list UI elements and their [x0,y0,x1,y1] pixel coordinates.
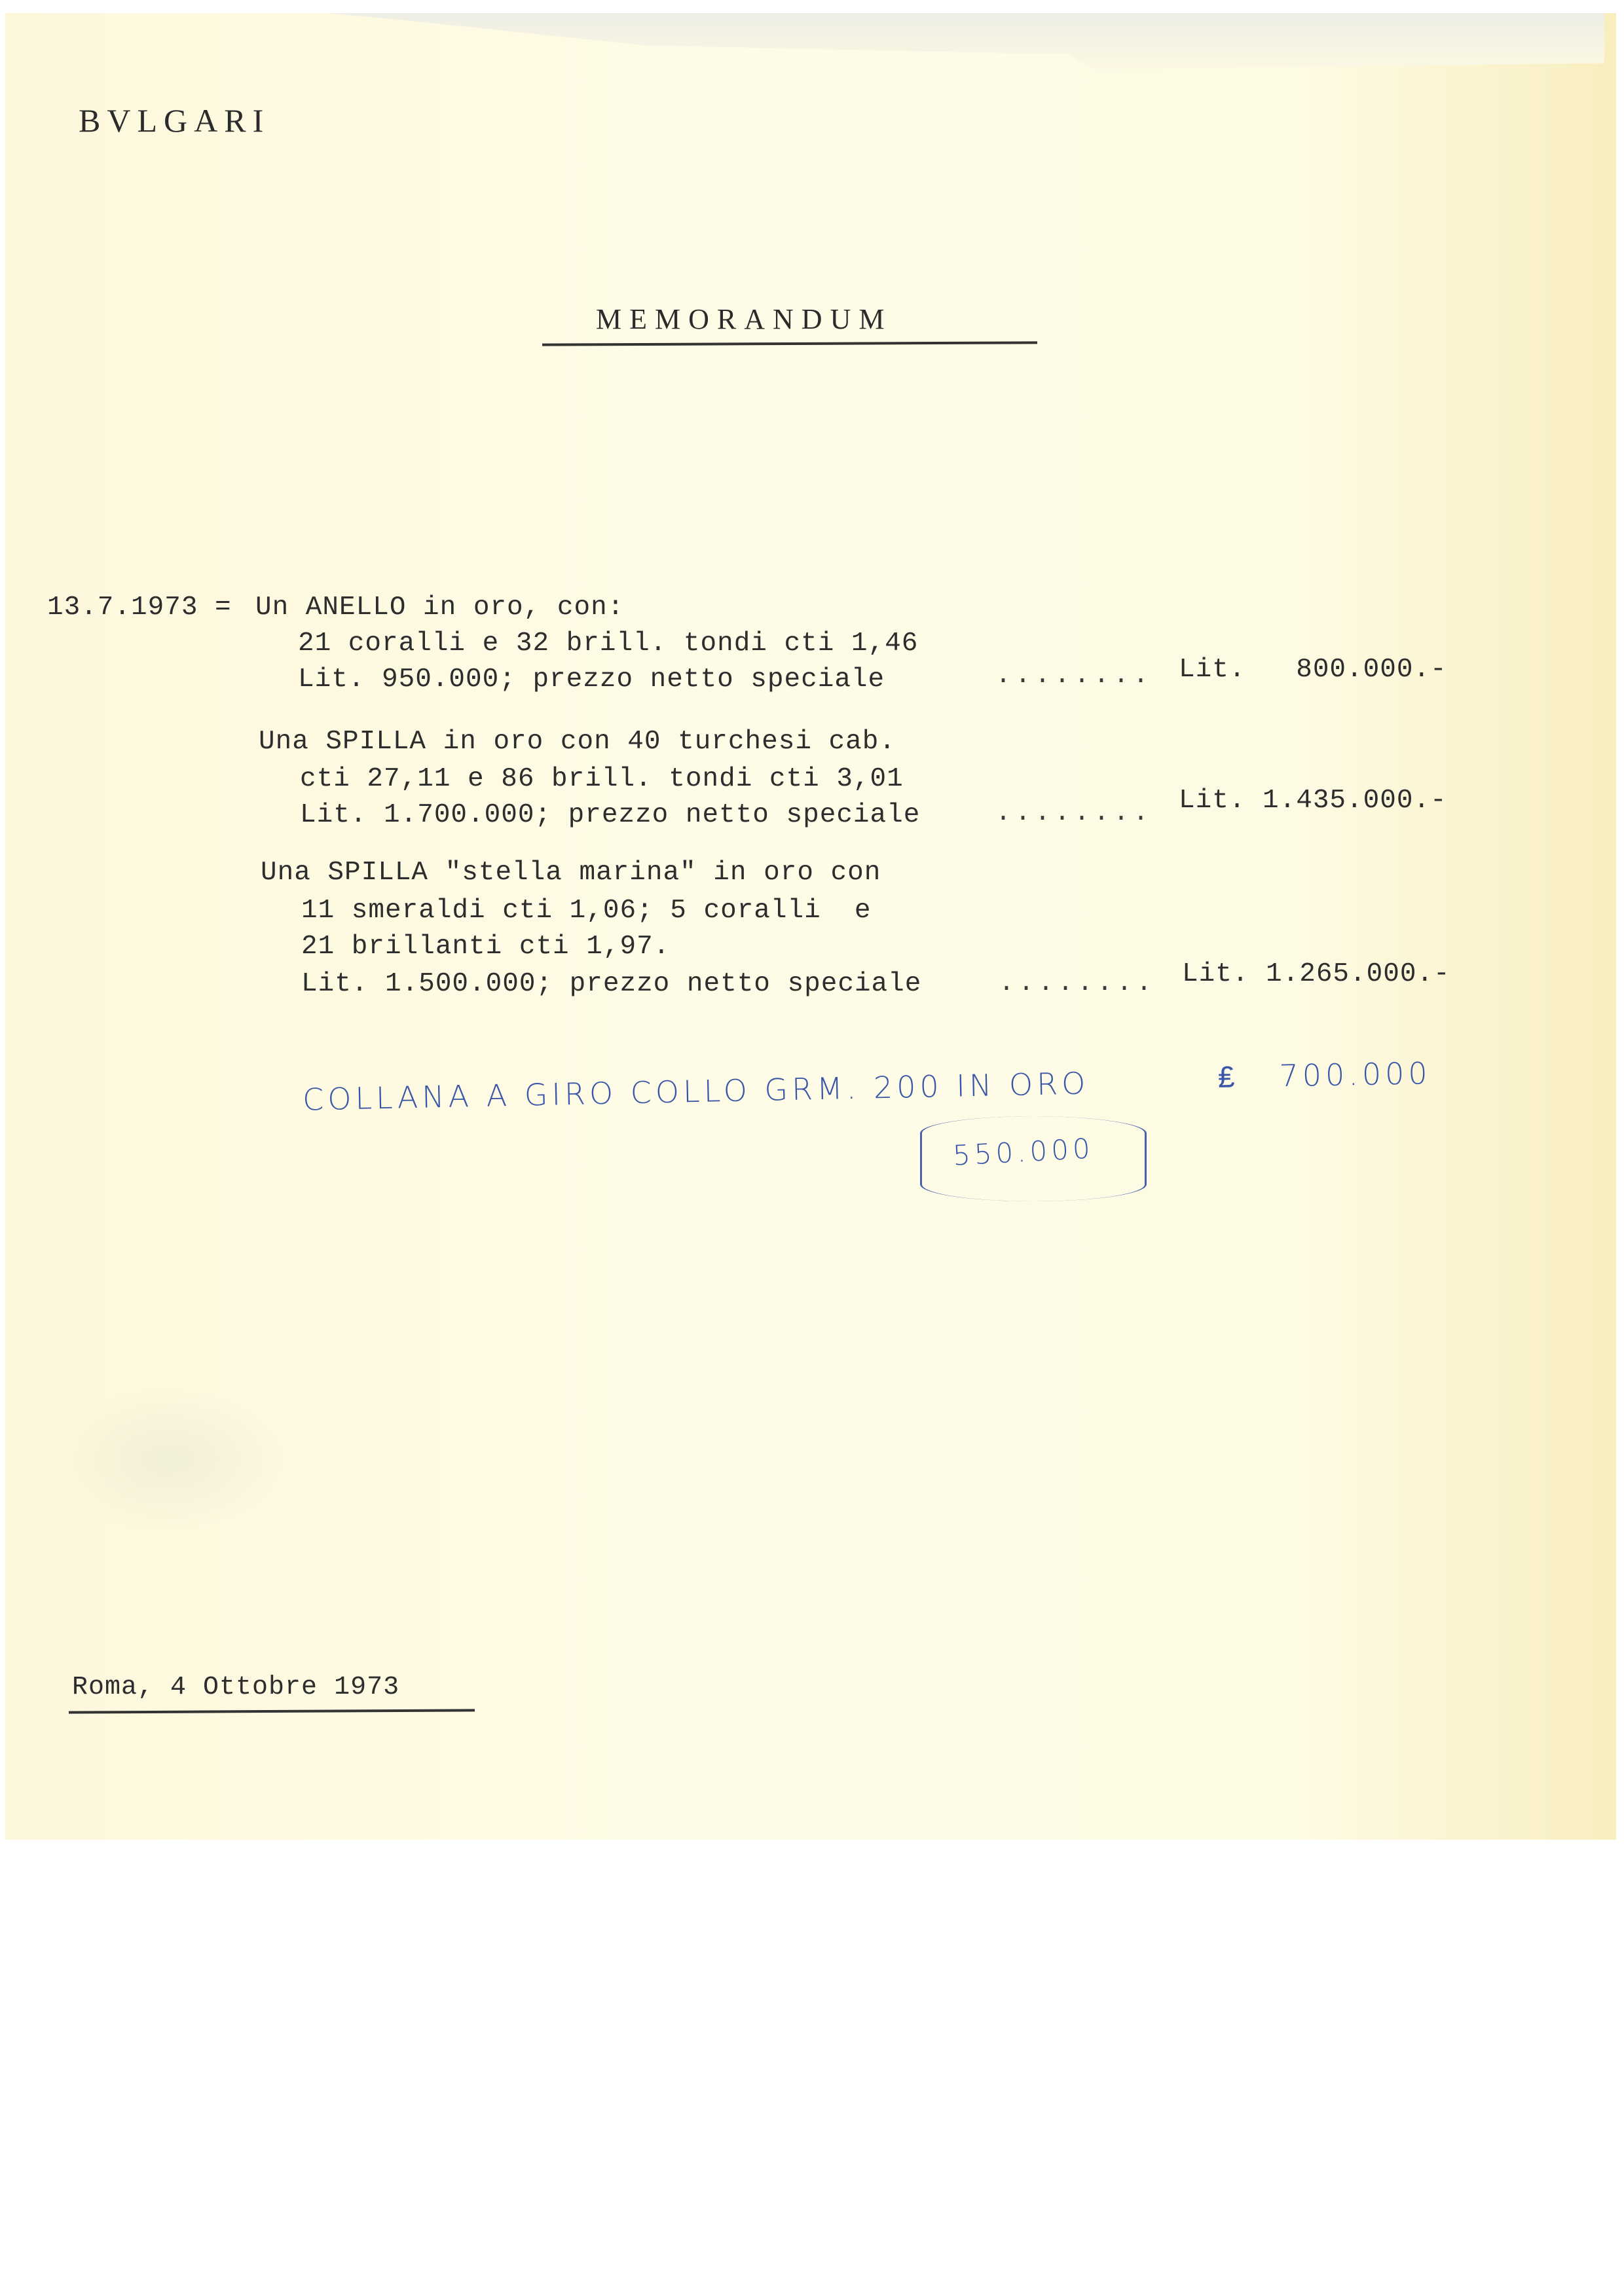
entry-1-line-1: Un ANELLO in oro, con: [255,592,624,623]
document-title: MEMORANDUM [596,302,892,336]
entry-1-price: Lit. 800.000.- [1179,655,1447,685]
memo-paper [5,13,1616,1840]
entry-3-leader-dots: ........ [999,969,1156,998]
entry-1-leader-dots: ........ [995,661,1153,691]
entry-date: 13.7.1973 = [47,592,232,623]
entry-3-line-1: Una SPILLA "stella marina" in oro con [261,858,881,888]
entry-3-line-2: 11 smeraldi cti 1,06; 5 coralli e [301,896,872,926]
entry-2-leader-dots: ........ [995,799,1153,828]
entry-2-line-2: cti 27,11 e 86 brill. tondi cti 3,01 [300,764,904,794]
entry-1-line-2: 21 coralli e 32 brill. tondi cti 1,46 [298,629,918,659]
letterhead-brand: BVLGARI [79,101,270,139]
entry-2-line-1: Una SPILLA in oro con 40 turchesi cab. [259,727,896,757]
entry-3-price: Lit. 1.265.000.- [1182,959,1450,989]
entry-1-line-3: Lit. 950.000; prezzo netto speciale [298,665,885,695]
entry-2-price: Lit. 1.435.000.- [1179,786,1447,816]
place-and-date: Roma, 4 Ottobre 1973 [72,1673,399,1702]
entry-3-line-4: Lit. 1.500.000; prezzo netto speciale [301,969,921,999]
entry-2-line-3: Lit. 1.700.000; prezzo netto speciale [300,800,920,830]
entry-3-line-3: 21 brillanti cti 1,97. [301,932,670,962]
paper-smudge [52,1388,288,1532]
handwritten-amount: ₤ 700.000 [1218,1055,1432,1095]
